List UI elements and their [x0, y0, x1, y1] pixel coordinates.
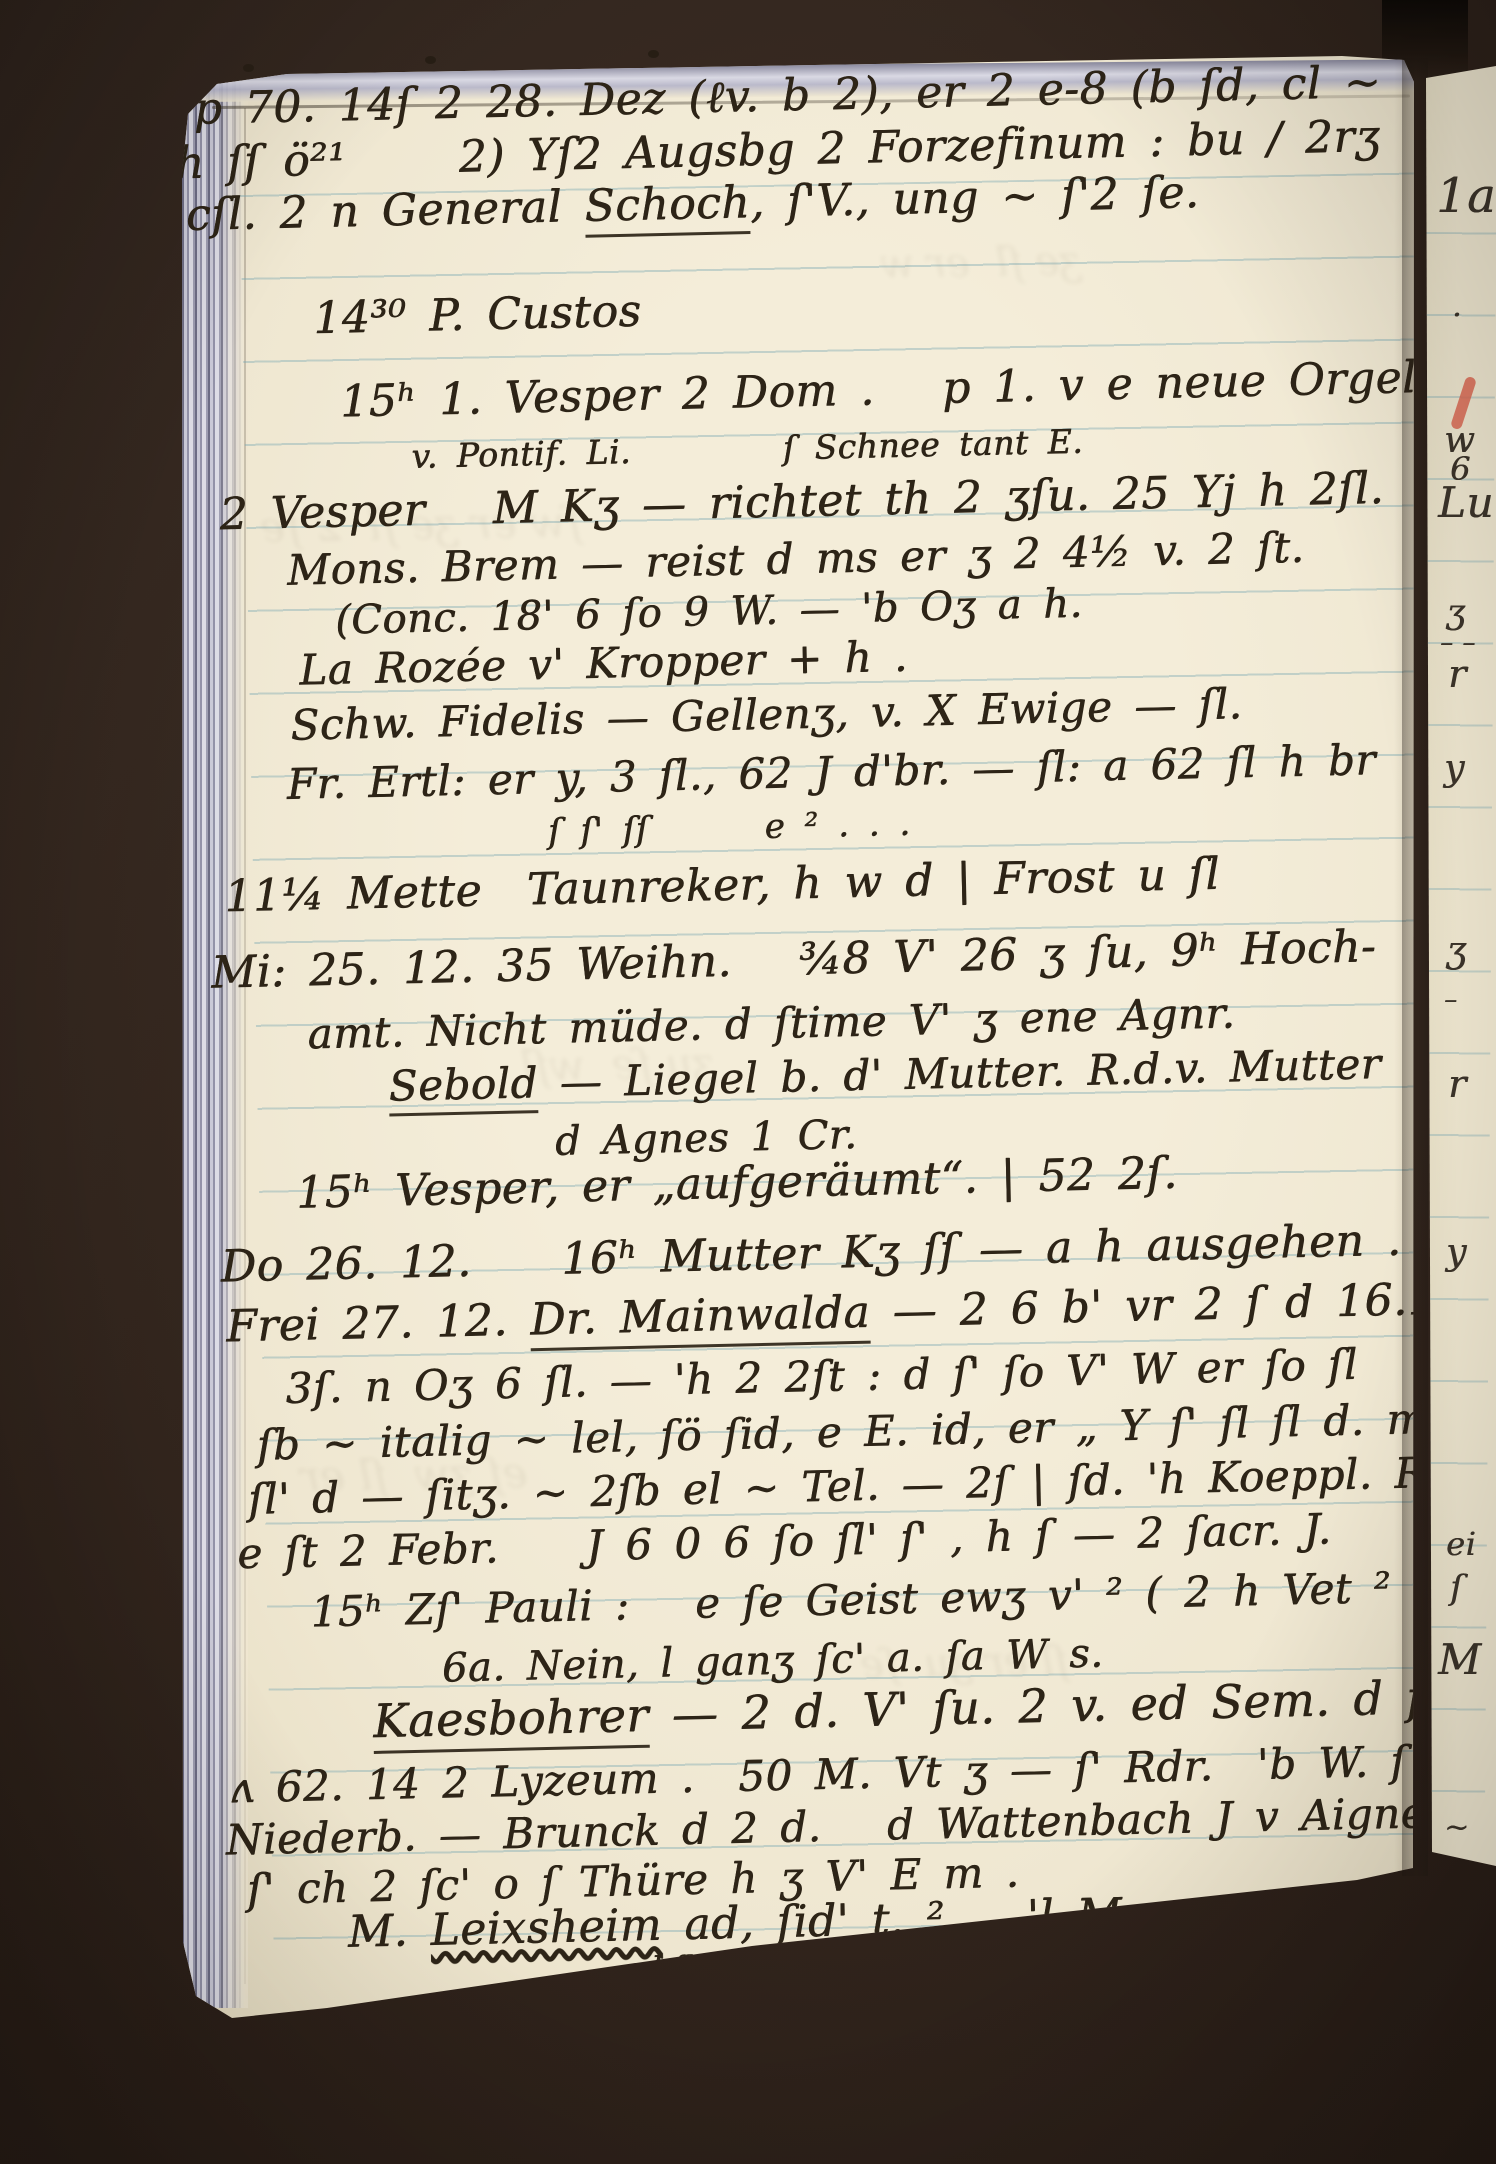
- next-page-fragment: r: [1448, 652, 1467, 696]
- handwriting-text: 11¼ Mette Taunreker, h w d | Frost u ſl: [224, 849, 1221, 923]
- edge-ink-dot: [425, 56, 436, 64]
- handwriting-text: 15ʰ Vesper, er „aufgeräumt“. | 52 2ſ.: [296, 1148, 1179, 1219]
- next-page-fragment: ei: [1446, 1525, 1476, 1563]
- handwriting-text: Frei 27. 12.: [226, 1294, 531, 1352]
- edge-ink-dot: [243, 64, 254, 72]
- handwriting-line: ahſl.: [632, 1952, 705, 1986]
- notebook-photo: ſw er ʒe ſl 2 ſeʒe ſl er weſ ʒw ſl erſl …: [0, 0, 1496, 2164]
- underlined-name: Leixsheim: [430, 1899, 663, 1955]
- next-page-fragment: –: [1444, 985, 1458, 1015]
- page-gutter: [1402, 58, 1428, 1876]
- handwriting-line: Fr. Ertl: er y, 3 ſl., 62 J d'br. — ſl: …: [286, 738, 1376, 807]
- next-page-fragment: ʒ: [1446, 930, 1467, 971]
- handwriting-text: — 2 6 b' vr 2 ſ d 16.12: [870, 1273, 1465, 1337]
- handwriting-text: 14³⁰ P. Custos: [313, 286, 642, 344]
- handwriting-text: , ſ'V., ung ~ ſ'2 ſe.: [749, 167, 1199, 228]
- next-page-fragment: ſ: [1450, 1568, 1463, 1608]
- next-page-fragment: r: [1448, 1062, 1467, 1106]
- handwriting-line: Mons. Brem — reist d ms er ʒ 2 4½ v. 2 ſ…: [287, 526, 1305, 593]
- handwriting-line: 14³⁰ P. Custos: [313, 289, 642, 343]
- underlined-name: Kaesbohrer: [373, 1688, 650, 1754]
- next-page-fragment: ·: [1452, 298, 1462, 333]
- handwriting-text: 15ʰ 1. Vesper 2 Dom . p 1. v e neue Orge…: [340, 352, 1417, 427]
- next-page-fragment: y: [1444, 748, 1465, 789]
- handwriting-line: v. Pontif. Li. ſ Schnee tant E.: [411, 425, 1083, 475]
- edge-ink-dot: [648, 50, 659, 58]
- diary-page: ſw er ʒe ſl 2 ſeʒe ſl er weſ ʒw ſl erſl …: [112, 56, 1424, 2038]
- next-page-fragment: Lu: [1438, 478, 1494, 527]
- next-page-fragment: ʒ: [1446, 592, 1466, 632]
- handwriting-text: M.: [347, 1905, 431, 1958]
- handwriting-line: 15ʰ Vesper, er „aufgeräumt“. | 52 2ſ.: [296, 1151, 1179, 1217]
- underlined-name: Sebold: [388, 1058, 538, 1116]
- handwriting-line: 15ʰ Zſ' Pauli : e ſe Geist ewʒ v' ² ( 2 …: [310, 1564, 1466, 1634]
- next-page-fragment: M: [1438, 1635, 1482, 1684]
- handwriting-line: 11¼ Mette Taunreker, h w d | Frost u ſl: [224, 852, 1221, 921]
- handwriting-line: 15ʰ 1. Vesper 2 Dom . p 1. v e neue Orge…: [340, 355, 1417, 426]
- underlined-name: Schoch: [584, 177, 751, 238]
- handwriting-line: La Rozée v' Kropper + h .: [299, 635, 908, 693]
- next-page-fragment: 1a: [1436, 168, 1496, 224]
- handwriting-text: ſ ſ' ſſ e ² . . .: [548, 804, 911, 852]
- next-page-fragment: y: [1446, 1232, 1467, 1273]
- handwriting-text: Fr. Ertl: er y, 3 ſl., 62 J d'br. — ſl: …: [286, 735, 1376, 809]
- handwriting-text: ahſl.: [632, 1950, 705, 1988]
- underlined-name: Dr. Mainwalda: [530, 1287, 871, 1352]
- handwriting-line: Schw. Fidelis — Gellenʒ, v. X Ewige — ſl…: [290, 682, 1243, 748]
- handwriting-block: p 70. 14ſ 2 28. Dez (ℓv. b 2), er 2 e-8 …: [89, 29, 1446, 2040]
- handwriting-line: ſ ſ' ſſ e ² . . .: [548, 807, 911, 851]
- handwriting-text: Mi: 25. 12. 35 Weihn. ¾8 V' 26 ʒ ſu, 9ʰ …: [211, 921, 1377, 998]
- handwriting-line: (Conc. 18' 6 ſo 9 W. — 'b Oʒ a h.: [335, 583, 1083, 642]
- next-page-fragment: ~: [1444, 1810, 1470, 1845]
- handwriting-line: Mi: 25. 12. 35 Weihn. ¾8 V' 26 ʒ ſu, 9ʰ …: [211, 924, 1377, 997]
- handwriting-text: v. Pontif. Li. ſ Schnee tant E.: [411, 422, 1083, 476]
- handwriting-text: cſl. 2 n General: [185, 181, 585, 241]
